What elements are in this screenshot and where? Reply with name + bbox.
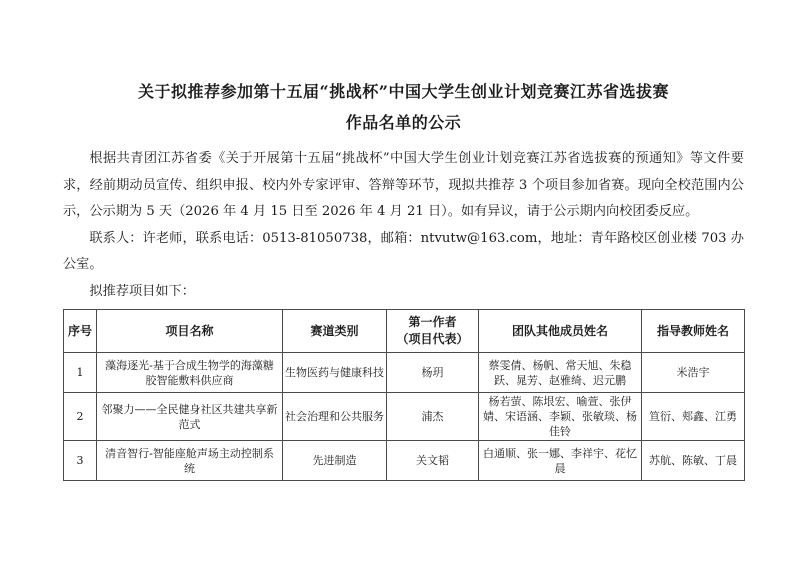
document-page: 关于拟推荐参加第十五届“挑战杯”中国大学生创业计划竞赛江苏省选拔赛 作品名单的公… [0,0,800,565]
header-seq: 序号 [64,310,97,353]
table-row: 3 清音智行-智能座舱声场主动控制系统 先进制造 关文韬 白通顺、张一娜、李祥宇… [64,441,745,481]
cell-project-name: 藻海逐光-基于合成生物学的海藻糖胶智能敷料供应商 [97,353,283,393]
cell-project-name: 清音智行-智能座舱声场主动控制系统 [97,441,283,481]
header-first-author-line2: （项目代表） [388,331,477,348]
header-first-author-line1: 第一作者 [388,314,477,331]
cell-seq: 3 [64,441,97,481]
paragraph-intro: 根据共青团江苏省委《关于开展第十五届“挑战杯”中国大学生创业计划竞赛江苏省选拔赛… [63,146,744,226]
cell-advisors: 米浩宇 [642,353,745,393]
table-header-row: 序号 项目名称 赛道类别 第一作者 （项目代表） 团队其他成员姓名 指导教师姓名 [64,310,745,353]
cell-team-members: 蔡雯倩、杨帆、常天旭、朱稳跃、晁芳、赵雅绮、迟元鹏 [479,353,642,393]
header-track: 赛道类别 [283,310,387,353]
paragraph-contact: 联系人：许老师，联系电话：0513-81050738，邮箱：ntvutw@163… [63,226,744,279]
title-line-1: 关于拟推荐参加第十五届“挑战杯”中国大学生创业计划竞赛江苏省选拔赛 [63,76,744,107]
header-team-members: 团队其他成员姓名 [479,310,642,353]
recommended-projects-table: 序号 项目名称 赛道类别 第一作者 （项目代表） 团队其他成员姓名 指导教师姓名… [63,309,745,481]
cell-first-author: 杨玥 [387,353,479,393]
table-row: 2 邻聚力——全民健身社区共建共享新范式 社会治理和公共服务 浦杰 杨若萤、陈垠… [64,393,745,441]
cell-advisors: 苏航、陈敏、丁晨 [642,441,745,481]
paragraph-table-intro: 拟推荐项目如下： [63,279,744,306]
cell-first-author: 关文韬 [387,441,479,481]
cell-seq: 1 [64,353,97,393]
cell-track: 生物医药与健康科技 [283,353,387,393]
header-advisors: 指导教师姓名 [642,310,745,353]
cell-track: 先进制造 [283,441,387,481]
title-line-2: 作品名单的公示 [63,107,744,138]
cell-track: 社会治理和公共服务 [283,393,387,441]
cell-team-members: 杨若萤、陈垠宏、喻萱、张伊婧、宋语涵、李颖、张敏琰、杨佳铃 [479,393,642,441]
cell-advisors: 笪衍、郏鑫、江勇 [642,393,745,441]
cell-seq: 2 [64,393,97,441]
cell-first-author: 浦杰 [387,393,479,441]
document-title: 关于拟推荐参加第十五届“挑战杯”中国大学生创业计划竞赛江苏省选拔赛 作品名单的公… [63,76,744,138]
cell-project-name: 邻聚力——全民健身社区共建共享新范式 [97,393,283,441]
header-first-author: 第一作者 （项目代表） [387,310,479,353]
header-project-name: 项目名称 [97,310,283,353]
table-row: 1 藻海逐光-基于合成生物学的海藻糖胶智能敷料供应商 生物医药与健康科技 杨玥 … [64,353,745,393]
cell-team-members: 白通顺、张一娜、李祥宇、花忆晨 [479,441,642,481]
